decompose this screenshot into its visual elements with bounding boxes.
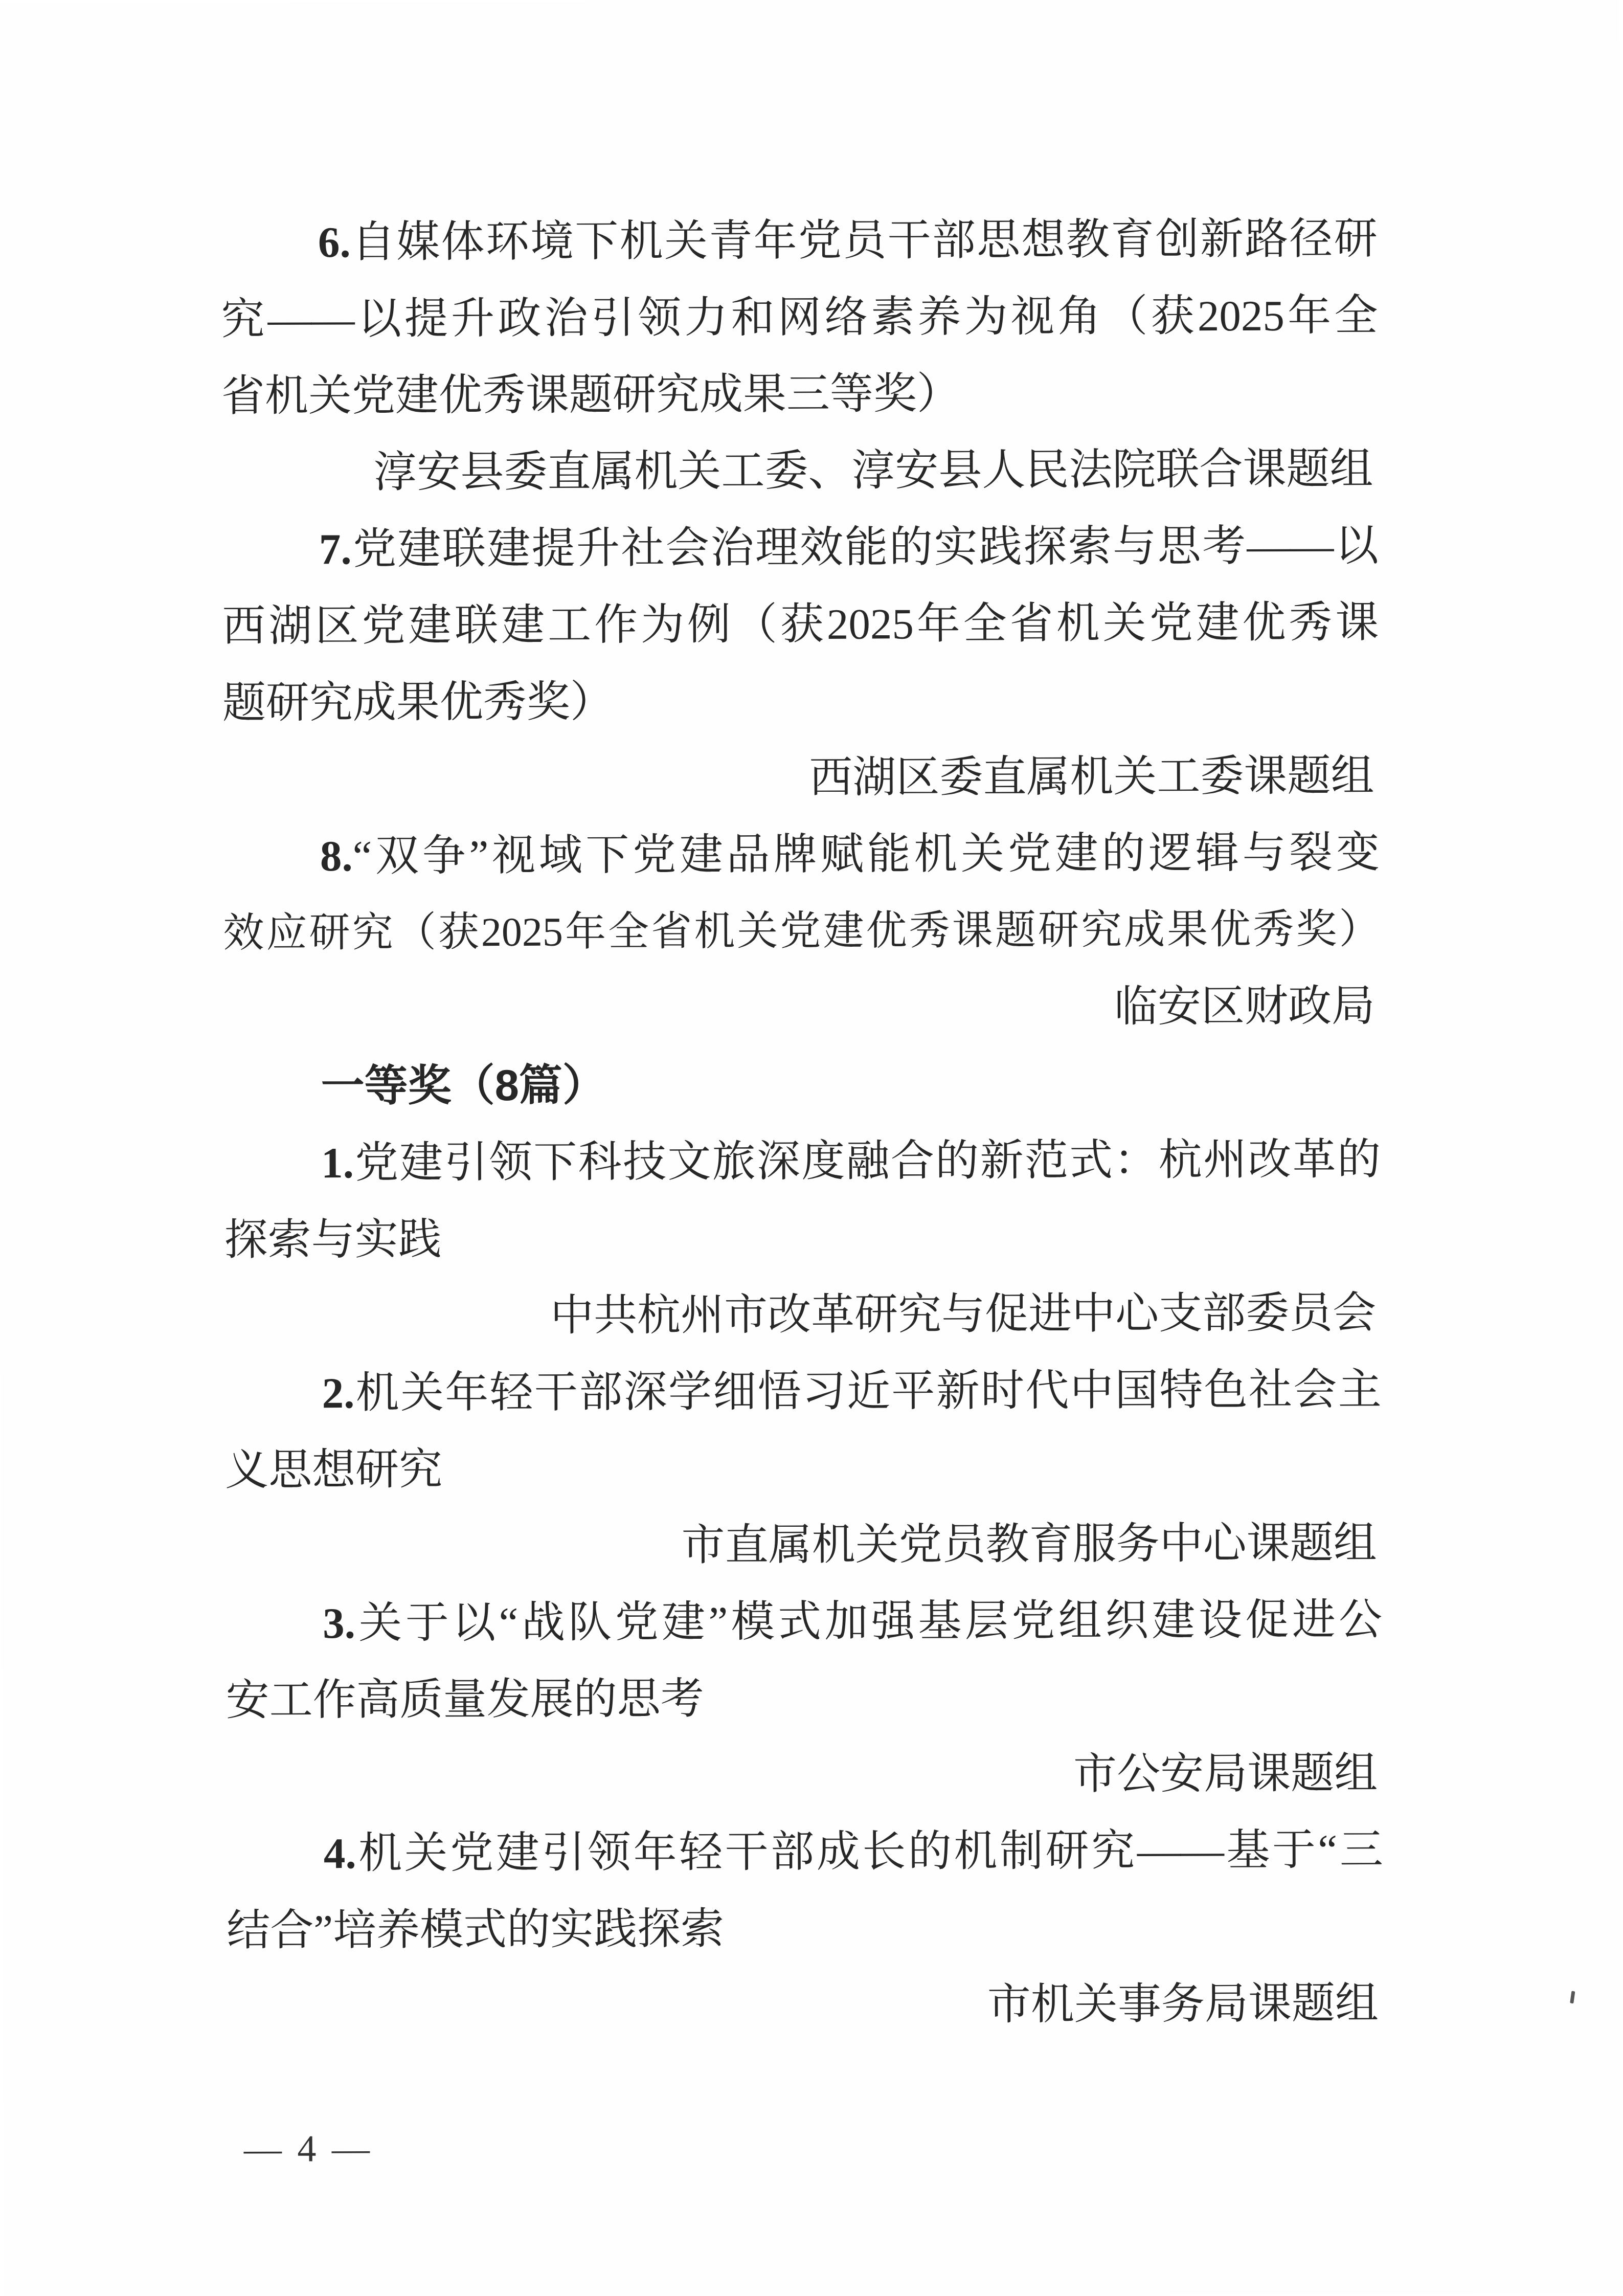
author-org-line: 市机关事务局课题组 (227, 1965, 1384, 2046)
topic-text: 义思想研究 (225, 1446, 442, 1495)
topic-number: 8. (320, 832, 353, 880)
topic-title-line: 4.机关党建引领年轻干部成长的机制研究——基于“三 (227, 1812, 1384, 1892)
award-tier-label: 一等奖 (321, 1061, 451, 1110)
topic-title-line: 7.党建联建提升社会治理效能的实践探索与思考——以 (222, 507, 1379, 588)
topic-title-continuation: 探索与实践 (224, 1198, 1381, 1279)
author-org-text: 西湖区委直属机关工委课题组 (809, 752, 1374, 802)
topic-number: 4. (324, 1830, 356, 1878)
topic-title-line: 3.关于以“战队党建”模式加强基层党组织建设促进公 (226, 1581, 1383, 1662)
topic-title-line: 1.党建引领下科技文旅深度融合的新范式：杭州改革的 (224, 1121, 1381, 1202)
scan-artifact (1570, 1991, 1575, 2003)
topic-title-line: 6.自媒体环境下机关青年党员干部思想教育创新路径研 (221, 200, 1378, 281)
topic-title-continuation: 题研究成果优秀奖） (222, 661, 1380, 742)
author-org-line: 中共杭州市改革研究与促进中心支部委员会 (224, 1275, 1382, 1355)
topic-text: 党建引领下科技文旅深度融合的新范式：杭州改革的 (354, 1135, 1381, 1187)
author-org-line: 市直属机关党员教育服务中心课题组 (225, 1505, 1382, 1586)
topic-title-continuation: 义思想研究 (225, 1428, 1382, 1509)
topic-title-continuation: 效应研究（获2025年全省机关党建优秀课题研究成果优秀奖） (223, 891, 1380, 972)
topic-text: 探索与实践 (224, 1216, 441, 1264)
topic-text: 西湖区党建联建工作为例（获2025年全省机关党建优秀课 (222, 598, 1379, 651)
page-number: — 4 — (244, 2123, 373, 2175)
topic-number: 6. (318, 218, 351, 266)
author-org-text: 市直属机关党员教育服务中心课题组 (682, 1519, 1377, 1570)
topic-title-continuation: 究——以提升政治引领力和网络素养为视角（获2025年全 (221, 277, 1378, 358)
topic-title-line: 2.机关年轻干部深学细悟习近平新时代中国特色社会主 (224, 1351, 1382, 1432)
author-org-text: 临安区财政局 (1114, 982, 1375, 1031)
author-org-text: 淳安县委直属机关工委、淳安县人民法院联合课题组 (373, 445, 1373, 497)
topic-text: 机关年轻干部深学细悟习近平新时代中国特色社会主 (354, 1366, 1382, 1417)
scanned-document-page: 6.自媒体环境下机关青年党员干部思想教育创新路径研 究——以提升政治引领力和网络… (0, 0, 1623, 2296)
author-org-text: 市公安局课题组 (1073, 1749, 1378, 1798)
topic-text: 安工作高质量发展的思考 (226, 1675, 704, 1725)
topic-text: 省机关党建优秀课题研究成果三等奖） (221, 370, 960, 420)
topic-number: 1. (321, 1139, 354, 1187)
topic-text: 自媒体环境下机关青年党员干部思想教育创新路径研 (350, 215, 1378, 266)
topic-title-line: 8.“双争”视域下党建品牌赋能机关党建的逻辑与裂变 (223, 814, 1380, 895)
document-body: 6.自媒体环境下机关青年党员干部思想教育创新路径研 究——以提升政治引领力和网络… (221, 200, 1384, 2046)
author-org-line: 临安区财政局 (223, 968, 1381, 1049)
topic-text: “双争”视域下党建品牌赋能机关党建的逻辑与裂变 (353, 829, 1380, 880)
author-org-text: 市机关事务局课题组 (987, 1979, 1379, 2029)
topic-text: 效应研究（获2025年全省机关党建优秀课题研究成果优秀奖） (223, 907, 1380, 956)
topic-text: 机关党建引领年轻干部成长的机制研究——基于“三 (356, 1826, 1383, 1878)
award-tier-heading: 一等奖（8篇） (223, 1044, 1381, 1125)
topic-text: 结合”培养模式的实践探索 (227, 1905, 724, 1955)
author-org-text: 中共杭州市改革研究与促进中心支部委员会 (550, 1289, 1376, 1340)
topic-number: 7. (319, 525, 352, 573)
topic-title-continuation: 结合”培养模式的实践探索 (227, 1888, 1384, 1969)
topic-title-continuation: 省机关党建优秀课题研究成果三等奖） (221, 354, 1379, 435)
topic-text: 关于以“战队党建”模式加强基层党组织建设促进公 (355, 1596, 1383, 1647)
topic-title-continuation: 西湖区党建联建工作为例（获2025年全省机关党建优秀课 (222, 584, 1379, 665)
author-org-line: 市公安局课题组 (226, 1735, 1383, 1816)
author-org-line: 淳安县委直属机关工委、淳安县人民法院联合课题组 (221, 431, 1379, 511)
topic-number: 3. (323, 1599, 355, 1647)
topic-text: 党建联建提升社会治理效能的实践探索与思考——以 (351, 522, 1379, 573)
topic-number: 2. (322, 1369, 355, 1417)
topic-text: 题研究成果优秀奖） (222, 678, 614, 727)
award-tier-count: （8篇） (451, 1061, 606, 1110)
topic-text: 究——以提升政治引领力和网络素养为视角（获2025年全 (221, 292, 1378, 344)
topic-title-continuation: 安工作高质量发展的思考 (226, 1658, 1383, 1739)
author-org-line: 西湖区委直属机关工委课题组 (222, 738, 1380, 818)
